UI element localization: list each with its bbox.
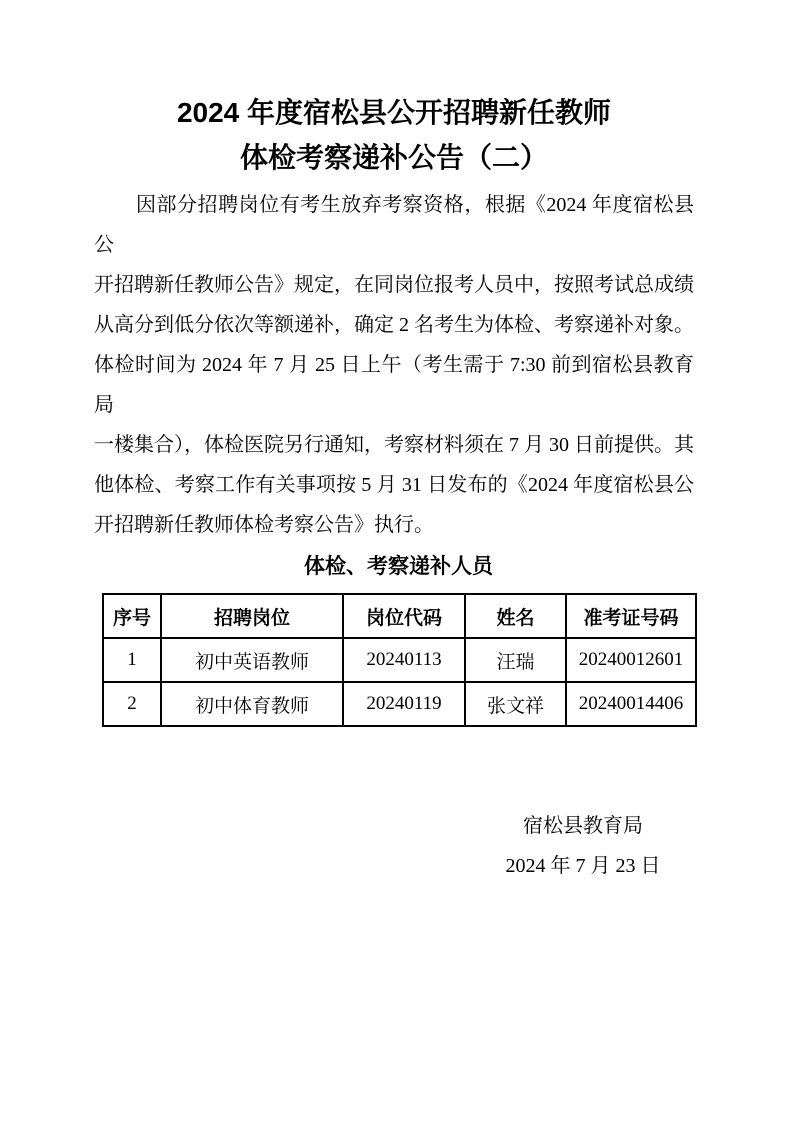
- table-section: 体检、考察递补人员 序号 招聘岗位 岗位代码 姓名 准考证号码: [102, 553, 695, 727]
- cell-name: 汪瑞: [465, 638, 566, 682]
- cell-post: 初中体育教师: [161, 682, 343, 726]
- cell-name: 张文祥: [465, 682, 566, 726]
- table-row: 1 初中英语教师 20240113 汪瑞 20240012601: [103, 638, 696, 682]
- paragraph-line: 因部分招聘岗位有考生放弃考察资格，根据《2024 年度宿松县公: [94, 185, 694, 265]
- column-header-seq: 序号: [103, 594, 161, 638]
- column-header-ticket: 准考证号码: [566, 594, 696, 638]
- cell-code: 20240113: [343, 638, 465, 682]
- paragraph-line: 开招聘新任教师体检考察公告》执行。: [94, 505, 694, 545]
- paragraph-line: 一楼集合），体检医院另行通知，考察材料须在 7 月 30 日前提供。其: [94, 425, 694, 465]
- signature-org: 宿松县教育局: [498, 806, 668, 846]
- document-title-line2: 体检考察递补公告（二）: [94, 135, 694, 180]
- body-paragraph: 因部分招聘岗位有考生放弃考察资格，根据《2024 年度宿松县公 开招聘新任教师公…: [94, 185, 694, 545]
- paragraph-line: 从高分到低分依次等额递补，确定 2 名考生为体检、考察递补对象。: [94, 305, 694, 345]
- table-row: 2 初中体育教师 20240119 张文祥 20240014406: [103, 682, 696, 726]
- cell-post: 初中英语教师: [161, 638, 343, 682]
- paragraph-line: 他体检、考察工作有关事项按 5 月 31 日发布的《2024 年度宿松县公: [94, 465, 694, 505]
- cell-seq: 2: [103, 682, 161, 726]
- document-title-line1: 2024 年度宿松县公开招聘新任教师: [94, 90, 694, 135]
- signature-block: 宿松县教育局 2024 年 7 月 23 日: [498, 806, 668, 886]
- cell-ticket: 20240014406: [566, 682, 696, 726]
- paragraph-line: 开招聘新任教师公告》规定，在同岗位报考人员中，按照考试总成绩: [94, 265, 694, 305]
- column-header-code: 岗位代码: [343, 594, 465, 638]
- column-header-post: 招聘岗位: [161, 594, 343, 638]
- cell-seq: 1: [103, 638, 161, 682]
- signature-date: 2024 年 7 月 23 日: [498, 846, 668, 886]
- document-title: 2024 年度宿松县公开招聘新任教师 体检考察递补公告（二）: [94, 90, 694, 180]
- column-header-name: 姓名: [465, 594, 566, 638]
- document-page: 2024 年度宿松县公开招聘新任教师 体检考察递补公告（二） 因部分招聘岗位有考…: [0, 0, 793, 1122]
- cell-code: 20240119: [343, 682, 465, 726]
- supplement-table: 序号 招聘岗位 岗位代码 姓名 准考证号码 1 初中英语教师 20240113 …: [102, 593, 697, 727]
- table-title: 体检、考察递补人员: [102, 553, 695, 581]
- table-header-row: 序号 招聘岗位 岗位代码 姓名 准考证号码: [103, 594, 696, 638]
- paragraph-line: 体检时间为 2024 年 7 月 25 日上午（考生需于 7:30 前到宿松县教…: [94, 345, 694, 425]
- document-content: 2024 年度宿松县公开招聘新任教师 体检考察递补公告（二） 因部分招聘岗位有考…: [0, 0, 793, 886]
- cell-ticket: 20240012601: [566, 638, 696, 682]
